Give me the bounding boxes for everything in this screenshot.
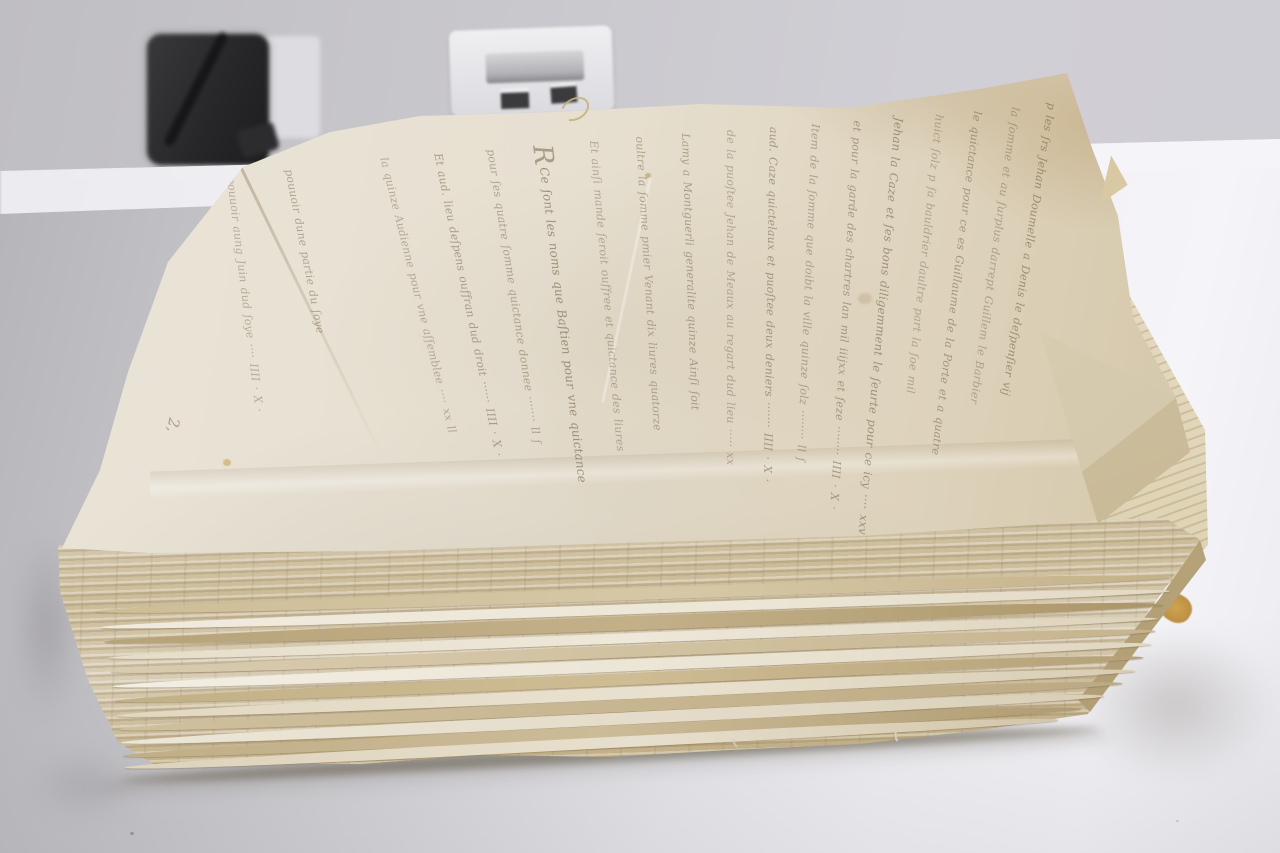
manuscript-text-line: pouuoir aung Juin dud ſoye ···· IIII · X… (223, 176, 266, 413)
water-stain (858, 293, 872, 304)
manuscript-text-line: pouuoir dune partie du ſoye (281, 168, 327, 335)
photo-scene: p les ſrs Jehan Doumelle a Denis le deſp… (0, 0, 1280, 853)
manuscript-text: Ce ſont les noms que Baſtien pour vne qu… (537, 166, 590, 483)
manuscript-text-line: Et ainſi mande ſeroit ouffree et quictan… (586, 140, 627, 452)
ink-stain (223, 459, 231, 466)
stray-pen-mark: 2, (163, 416, 183, 433)
manuscript-text-line: oultre la ſomme pmier Venant dix liures … (632, 136, 664, 431)
loose-fiber (891, 729, 911, 749)
manuscript-text-line: RCe ſont les noms que Baſtien pour vne q… (534, 144, 551, 168)
manuscript-text-line: Jehan la Caze et ſes bons diligemment le… (855, 117, 906, 545)
manuscript-stack: p les ſrs Jehan Doumelle a Denis le deſp… (0, 0, 1280, 853)
manuscript-text-line: Item de la ſomme que doibt la ville quin… (793, 123, 822, 462)
manuscript-text-line: de la puoſtee Jehan de Meaux au regart d… (723, 130, 737, 465)
flourished-initial: R (541, 145, 544, 165)
manuscript-text-line: Lamy a Montguerli generalite quinze Ainſ… (678, 133, 702, 411)
manuscript-text-line: aud. Caze quictelaux et puoſtee deux den… (760, 127, 780, 483)
